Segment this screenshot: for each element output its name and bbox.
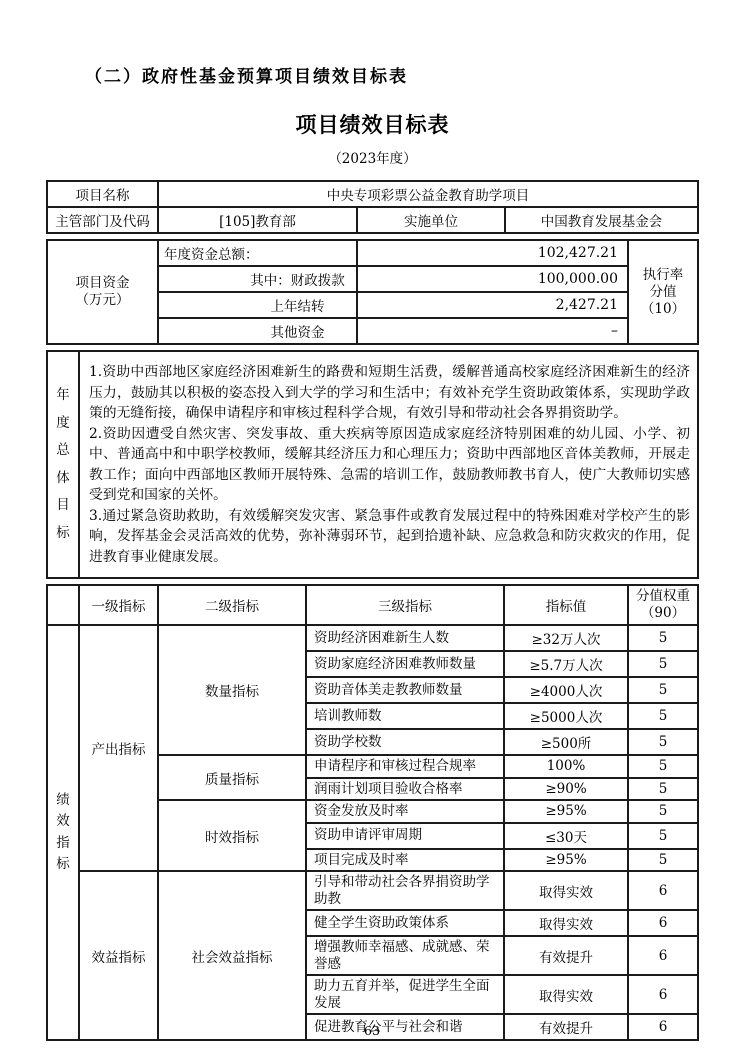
indicator-name: 资助家庭经济困难教师数量 [306,651,504,677]
indicator-value: 有效提升 [504,936,628,975]
level2-quantity: 数量指标 [158,625,306,755]
project-info-table: 项目名称 中央专项彩票公益金教育助学项目 主管部门及代码 [105]教育部 实施… [46,180,699,234]
header-weight-line1: 分值权重 [634,588,692,605]
indicator-value: ≥32万人次 [504,625,628,651]
funding-label-line1: 项目资金 [53,275,152,292]
exec-rate-line3: （10） [634,301,692,318]
exec-rate-line1: 执行率 [634,267,692,284]
table-row: 主管部门及代码 [105]教育部 实施单位 中国教育发展基金会 [47,207,698,233]
level2-timeliness: 时效指标 [158,800,306,871]
indicator-name: 引导和带动社会各界捐资助学助教 [306,871,504,910]
annual-goal-label: 年 度 总 体 目 标 [47,351,79,578]
funding-row-value: – [357,318,628,344]
goal-paragraph-2: 2.资助因遭受自然灾害、突发事故、重大疾病等原因造成家庭经济特别困难的幼儿园、小… [89,424,690,506]
indicator-score: 6 [628,936,698,975]
perf-char: 效 [56,815,70,829]
funding-row-name: 其他资金 [158,318,357,344]
exec-rate-line2: 分值 [634,284,692,301]
funding-row-value: 102,427.21 [357,240,628,266]
annual-goal-text: 1.资助中西部地区家庭经济困难新生的路费和短期生活费，缓解普通高校家庭经济困难新… [79,351,698,578]
indicator-value: ≥5000人次 [504,703,628,729]
exec-rate-score-label: 执行率 分值 （10） [628,240,698,344]
level1-benefit: 效益指标 [79,871,158,1040]
impl-unit-value: 中国教育发展基金会 [505,207,698,233]
indicator-value: ≥4000人次 [504,677,628,703]
page-subtitle: （2023年度） [46,147,699,167]
page-number: 63 [0,1023,744,1038]
indicator-row: 绩 效 指 标 产出指标 数量指标 资助经济困难新生人数 ≥32万人次 5 [47,625,698,651]
indicator-name: 资助经济困难新生人数 [306,625,504,651]
indicator-name: 资金发放及时率 [306,800,504,823]
document-page: （二）政府性基金预算项目绩效目标表 项目绩效目标表 （2023年度） 项目名称 … [0,0,744,1041]
indicator-value: ≤30天 [504,823,628,849]
table-row: 项目名称 中央专项彩票公益金教育助学项目 [47,181,698,207]
perf-char: 标 [56,858,70,872]
indicator-name: 培训教师数 [306,703,504,729]
indicator-value: ≥5.7万人次 [504,651,628,677]
indicator-value: ≥95% [504,849,628,872]
header-level2: 二级指标 [158,585,306,625]
header-empty-cell [47,585,79,625]
indicator-name: 增强教师幸福感、成就感、荣誉感 [306,936,504,975]
performance-indicators-label: 绩 效 指 标 [47,625,79,1040]
indicator-score: 5 [628,729,698,755]
level1-output: 产出指标 [79,625,158,871]
impl-unit-label: 实施单位 [357,207,505,233]
indicator-name: 资助申请评审周期 [306,823,504,849]
annual-goal-char: 度 [56,417,70,431]
project-name-value: 中央专项彩票公益金教育助学项目 [158,181,698,207]
header-weight-line2: （90） [634,605,692,622]
indicator-score: 5 [628,755,698,778]
indicator-score: 5 [628,778,698,801]
level2-quality: 质量指标 [158,755,306,800]
indicator-value: 取得实效 [504,871,628,910]
indicator-name: 资助学校数 [306,729,504,755]
indicator-score: 6 [628,975,698,1014]
indicator-score: 5 [628,703,698,729]
indicator-score: 5 [628,651,698,677]
funding-label: 项目资金 （万元） [47,240,158,344]
header-level3: 三级指标 [306,585,504,625]
annual-goal-char: 体 [56,472,70,486]
page-title: 项目绩效目标表 [46,109,699,139]
indicator-name: 润雨计划项目验收合格率 [306,778,504,801]
indicator-name: 健全学生资助政策体系 [306,910,504,936]
indicator-value: 取得实效 [504,975,628,1014]
indicator-name: 项目完成及时率 [306,849,504,872]
indicators-table: 一级指标 二级指标 三级指标 指标值 分值权重 （90） 绩 效 指 标 产出指… [46,584,699,1041]
section-heading: （二）政府性基金预算项目绩效目标表 [46,62,699,87]
annual-goal-char: 总 [56,444,70,458]
dept-label: 主管部门及代码 [47,207,158,233]
goal-paragraph-3: 3.通过紧急资助救助，有效缓解突发灾害、紧急事件或教育发展过程中的特殊困难对学校… [89,506,690,568]
indicator-row: 效益指标 社会效益指标 引导和带动社会各界捐资助学助教 取得实效 6 [47,871,698,910]
indicator-score: 6 [628,910,698,936]
indicator-score: 5 [628,625,698,651]
funding-row-name: 年度资金总额： [158,240,357,266]
indicator-score: 5 [628,849,698,872]
funding-row-name: 上年结转 [158,292,357,318]
indicator-name: 助力五育并举，促进学生全面发展 [306,975,504,1014]
level2-social: 社会效益指标 [158,871,306,1040]
indicator-value: ≥90% [504,778,628,801]
project-name-label: 项目名称 [47,181,158,207]
indicator-value: ≥500所 [504,729,628,755]
indicator-value: 100% [504,755,628,778]
annual-goal-char: 年 [56,389,70,403]
indicator-value: 取得实效 [504,910,628,936]
indicator-score: 5 [628,800,698,823]
annual-goal-char: 目 [56,499,70,513]
perf-char: 指 [56,837,70,851]
indicator-value: ≥95% [504,800,628,823]
dept-value: [105]教育部 [158,207,357,233]
header-level1: 一级指标 [79,585,158,625]
annual-goal-char: 标 [56,527,70,541]
header-value: 指标值 [504,585,628,625]
indicator-score: 5 [628,677,698,703]
perf-char: 绩 [56,794,70,808]
funding-row-name: 其中：财政拨款 [158,266,357,292]
funding-label-line2: （万元） [53,292,152,309]
indicator-score: 5 [628,823,698,849]
indicators-header-row: 一级指标 二级指标 三级指标 指标值 分值权重 （90） [47,585,698,625]
header-weight: 分值权重 （90） [628,585,698,625]
indicator-name: 资助音体美走教教师数量 [306,677,504,703]
funding-row-value: 100,000.00 [357,266,628,292]
goal-paragraph-1: 1.资助中西部地区家庭经济困难新生的路费和短期生活费，缓解普通高校家庭经济困难新… [89,362,690,424]
funding-row-value: 2,427.21 [357,292,628,318]
table-row: 年 度 总 体 目 标 1.资助中西部地区家庭经济困难新生的路费和短期生活费，缓… [47,351,698,578]
annual-goal-table: 年 度 总 体 目 标 1.资助中西部地区家庭经济困难新生的路费和短期生活费，缓… [46,350,699,579]
indicator-score: 6 [628,871,698,910]
funding-table: 项目资金 （万元） 年度资金总额： 102,427.21 执行率 分值 （10）… [46,239,699,345]
table-row: 项目资金 （万元） 年度资金总额： 102,427.21 执行率 分值 （10） [47,240,698,266]
indicator-name: 申请程序和审核过程合规率 [306,755,504,778]
